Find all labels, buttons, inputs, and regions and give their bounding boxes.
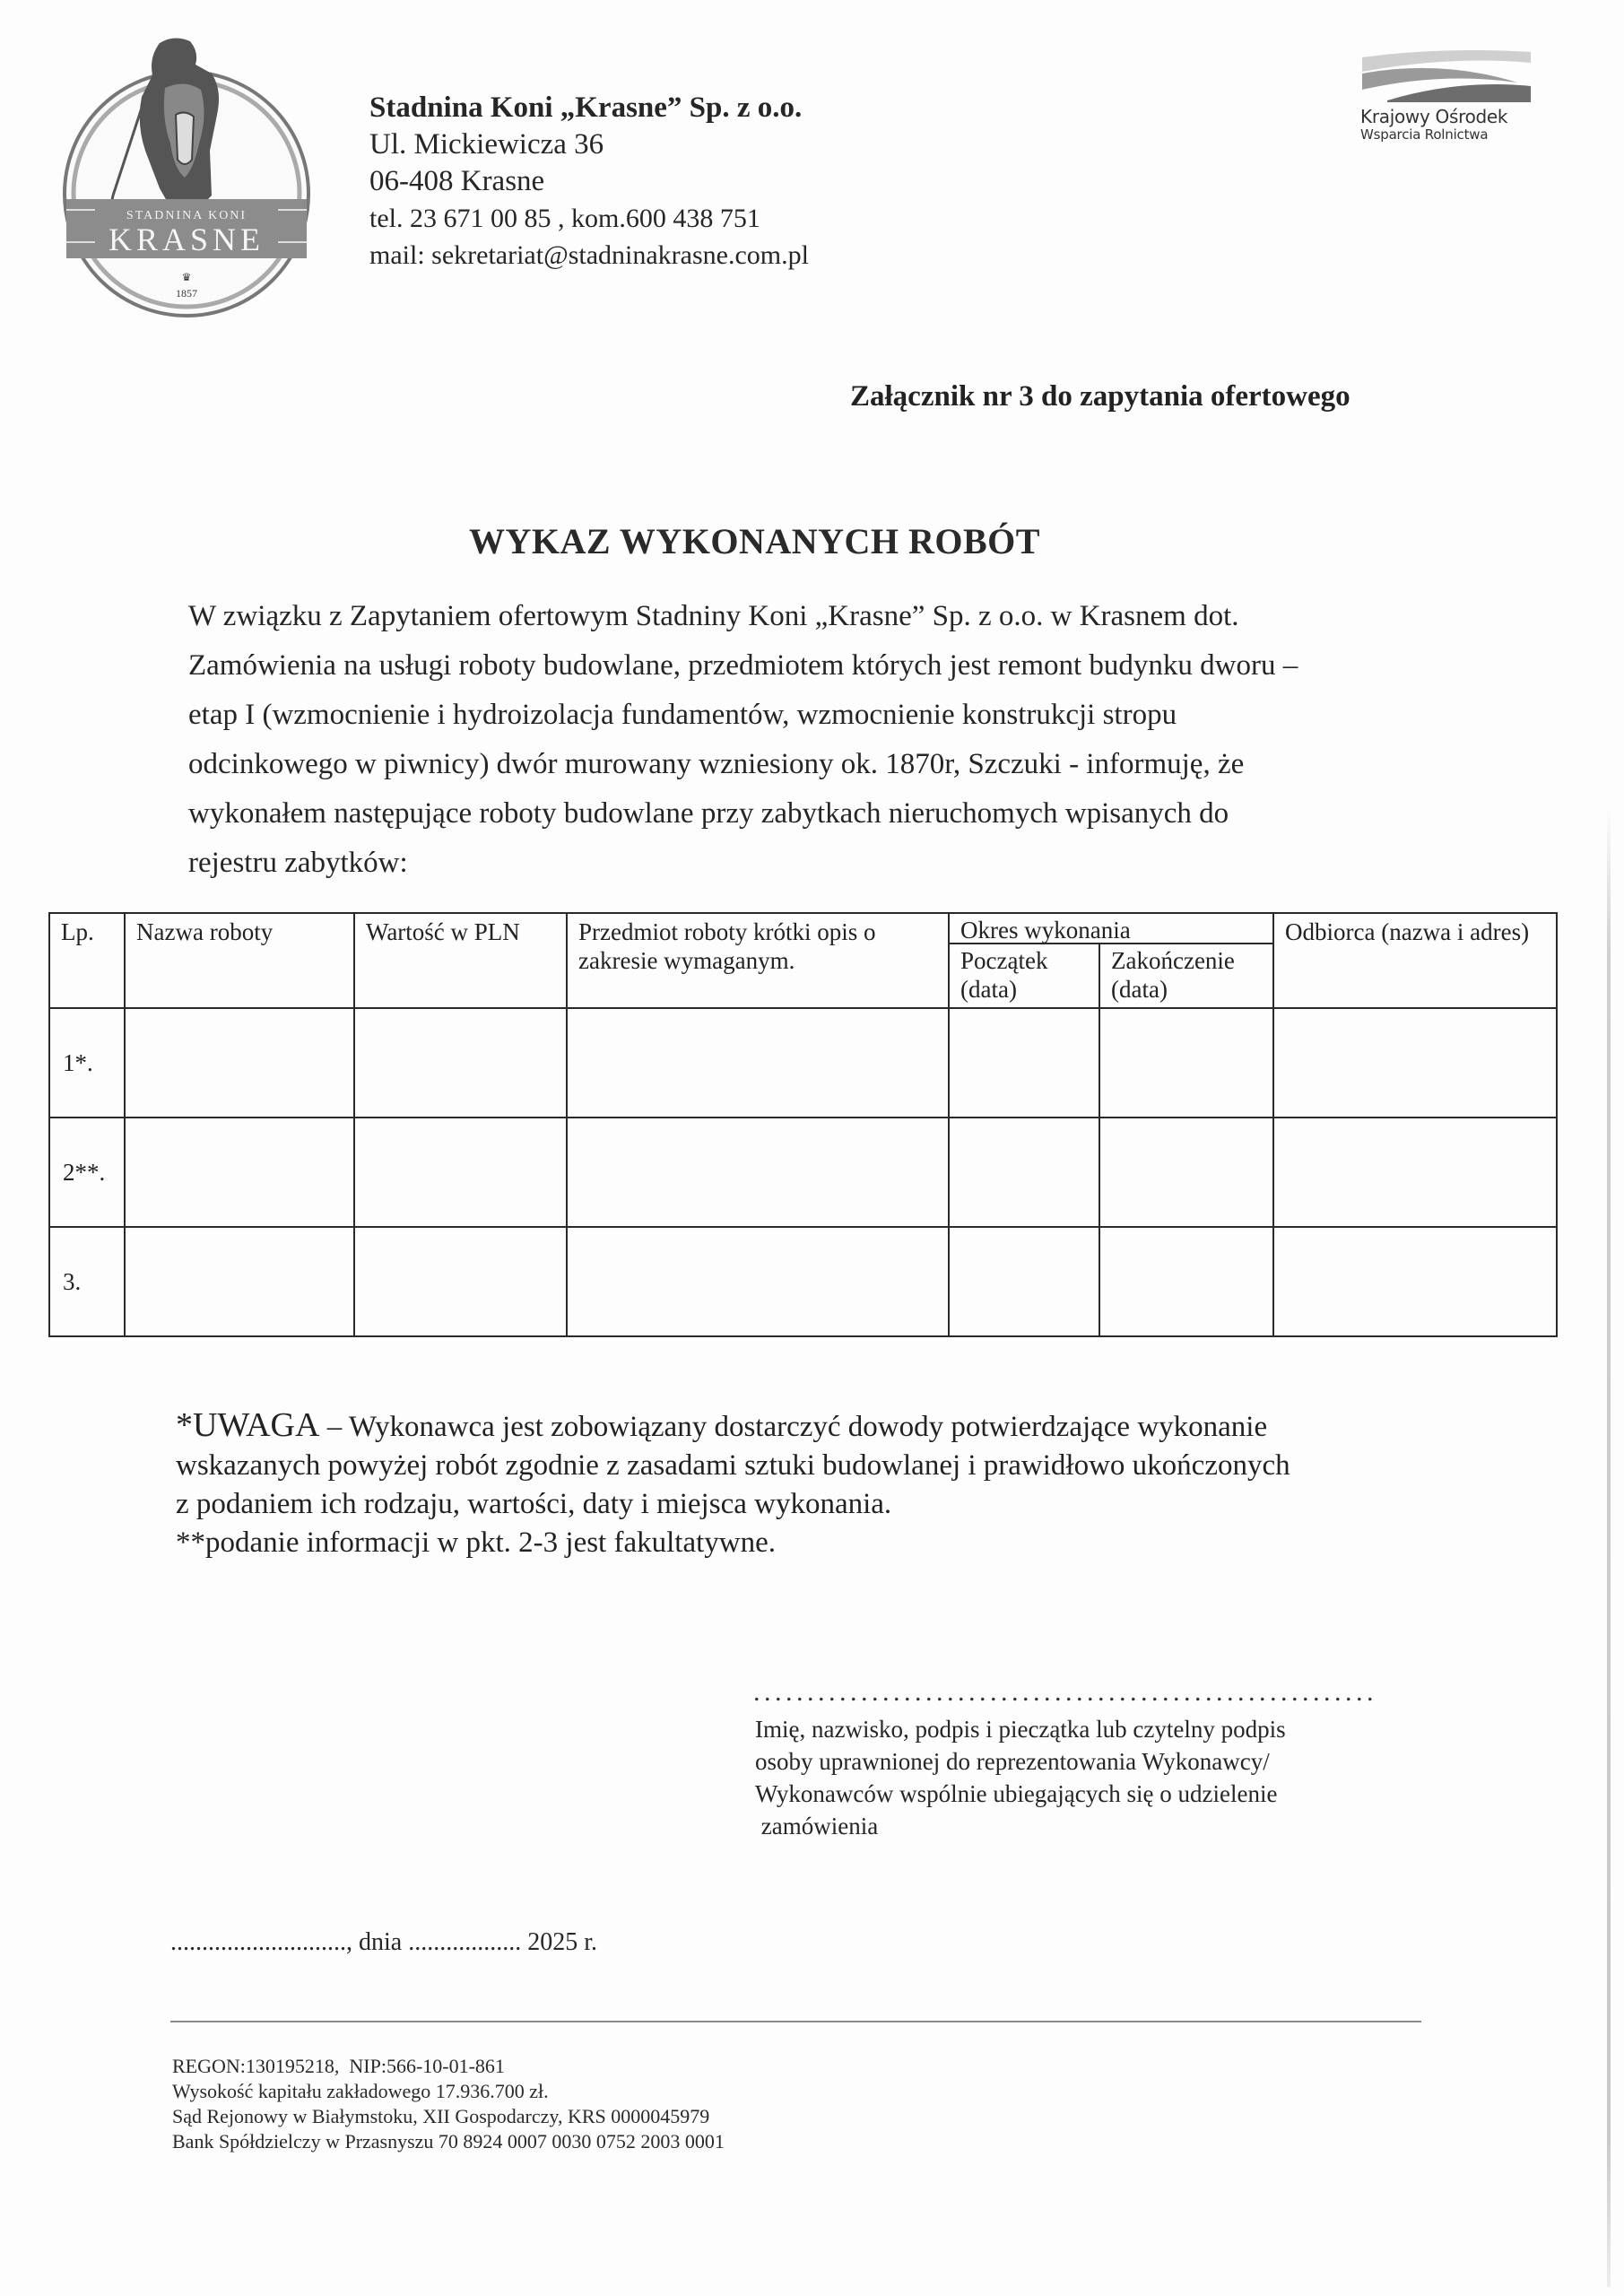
cell-value[interactable] xyxy=(354,1008,567,1118)
company-phone: tel. 23 671 00 85 , kom.600 438 751 xyxy=(369,200,809,237)
cell-end[interactable] xyxy=(1099,1008,1273,1118)
header-start: Początek (data) xyxy=(949,944,1099,1008)
cell-end[interactable] xyxy=(1099,1118,1273,1227)
company-footer: REGON:130195218, NIP:566-10-01-861 Wysok… xyxy=(172,2054,725,2154)
cell-start[interactable] xyxy=(949,1008,1099,1118)
table-row: 1*. xyxy=(49,1008,1557,1118)
header-name: Nazwa roboty xyxy=(125,913,354,1008)
works-table: Lp. Nazwa roboty Wartość w PLN Przedmiot… xyxy=(48,912,1558,1337)
cell-start[interactable] xyxy=(949,1118,1099,1227)
cell-lp: 3. xyxy=(49,1227,125,1336)
cell-lp: 2**. xyxy=(49,1118,125,1227)
table-row: 3. xyxy=(49,1227,1557,1336)
cell-subject[interactable] xyxy=(567,1118,949,1227)
cell-name[interactable] xyxy=(125,1118,354,1227)
cell-recipient[interactable] xyxy=(1273,1118,1557,1227)
header-recipient: Odbiorca (nazwa i adres) xyxy=(1273,913,1557,1008)
kowr-logo: Krajowy Ośrodek Wsparcia Rolnictwa xyxy=(1360,47,1540,143)
intro-line: W związku z Zapytaniem ofertowym Stadnin… xyxy=(188,592,1507,641)
cell-subject[interactable] xyxy=(567,1008,949,1118)
company-name: Stadnina Koni „Krasne” Sp. z o.o. xyxy=(369,90,809,126)
svg-text:STADNINA KONI: STADNINA KONI xyxy=(126,209,247,222)
notes-block: *UWAGA – Wykonawca jest zobowiązany dost… xyxy=(176,1406,1290,1562)
signature-field[interactable]: ........................................… xyxy=(753,1677,1377,1708)
cell-value[interactable] xyxy=(354,1118,567,1227)
cell-name[interactable] xyxy=(125,1008,354,1118)
footer-line: Wysokość kapitału zakładowego 17.936.700… xyxy=(172,2079,725,2104)
company-header: Stadnina Koni „Krasne” Sp. z o.o. Ul. Mi… xyxy=(369,90,809,274)
cell-lp: 1*. xyxy=(49,1008,125,1118)
intro-paragraph: W związku z Zapytaniem ofertowym Stadnin… xyxy=(188,592,1507,888)
header-period: Okres wykonania xyxy=(949,913,1273,944)
cell-recipient[interactable] xyxy=(1273,1227,1557,1336)
header-subject: Przedmiot roboty krótki opis o zakresie … xyxy=(567,913,949,1008)
horse-rider-emblem-icon: STADNINA KONI KRASNE ♛ 1857 xyxy=(59,34,315,319)
intro-line: rejestru zabytków: xyxy=(188,839,1507,888)
kowr-name-line2: Wsparcia Rolnictwa xyxy=(1360,126,1540,143)
header-value: Wartość w PLN xyxy=(354,913,567,1008)
note-line: z podaniem ich rodzaju, wartości, daty i… xyxy=(176,1485,1290,1524)
footer-divider xyxy=(170,2021,1421,2022)
company-city: 06-408 Krasne xyxy=(369,163,809,200)
footer-line: Sąd Rejonowy w Białymstoku, XII Gospodar… xyxy=(172,2104,725,2129)
cell-name[interactable] xyxy=(125,1227,354,1336)
intro-line: etap I (wzmocnienie i hydroizolacja fund… xyxy=(188,691,1507,740)
intro-line: wykonałem następujące roboty budowlane p… xyxy=(188,789,1507,839)
signature-label-line: zamówienia xyxy=(755,1810,1286,1842)
footer-line: Bank Spółdzielczy w Przasnyszu 70 8924 0… xyxy=(172,2129,725,2154)
scan-edge-shadow xyxy=(1607,807,1611,2287)
signature-label: Imię, nazwisko, podpis i pieczątka lub c… xyxy=(755,1713,1286,1842)
header-end: Zakończenie (data) xyxy=(1099,944,1273,1008)
document-title: WYKAZ WYKONANYCH ROBÓT xyxy=(469,520,1040,562)
uwaga-label: *UWAGA xyxy=(176,1406,319,1444)
cell-recipient[interactable] xyxy=(1273,1008,1557,1118)
svg-text:1857: 1857 xyxy=(176,287,197,300)
footer-line: REGON:130195218, NIP:566-10-01-861 xyxy=(172,2054,725,2079)
kowr-name-line1: Krajowy Ośrodek xyxy=(1360,107,1540,126)
header-lp: Lp. xyxy=(49,913,125,1008)
cell-start[interactable] xyxy=(949,1227,1099,1336)
table-header-row: Lp. Nazwa roboty Wartość w PLN Przedmiot… xyxy=(49,913,1557,944)
cell-value[interactable] xyxy=(354,1227,567,1336)
note-line: **podanie informacji w pkt. 2-3 jest fak… xyxy=(176,1524,1290,1562)
intro-line: Zamówienia na usługi roboty budowlane, p… xyxy=(188,641,1507,691)
stadnina-krasne-logo: STADNINA KONI KRASNE ♛ 1857 xyxy=(59,34,315,319)
kowr-waves-icon xyxy=(1360,47,1535,105)
company-email: mail: sekretariat@stadninakrasne.com.pl xyxy=(369,237,809,274)
company-street: Ul. Mickiewicza 36 xyxy=(369,126,809,163)
svg-text:KRASNE: KRASNE xyxy=(109,222,265,257)
note-line: – Wykonawca jest zobowiązany dostarczyć … xyxy=(319,1411,1267,1443)
signature-label-line: Wykonawców wspólnie ubiegających się o u… xyxy=(755,1778,1286,1810)
note-line: wskazanych powyżej robót zgodnie z zasad… xyxy=(176,1447,1290,1485)
table-row: 2**. xyxy=(49,1118,1557,1227)
signature-label-line: osoby uprawnionej do reprezentowania Wyk… xyxy=(755,1745,1286,1778)
signature-label-line: Imię, nazwisko, podpis i pieczątka lub c… xyxy=(755,1713,1286,1745)
annex-label: Załącznik nr 3 do zapytania ofertowego xyxy=(850,380,1350,413)
cell-subject[interactable] xyxy=(567,1227,949,1336)
cell-end[interactable] xyxy=(1099,1227,1273,1336)
intro-line: odcinkowego w piwnicy) dwór murowany wzn… xyxy=(188,740,1507,789)
place-date-field[interactable]: ............................, dnia .....… xyxy=(170,1928,597,1957)
svg-text:♛: ♛ xyxy=(182,271,192,283)
